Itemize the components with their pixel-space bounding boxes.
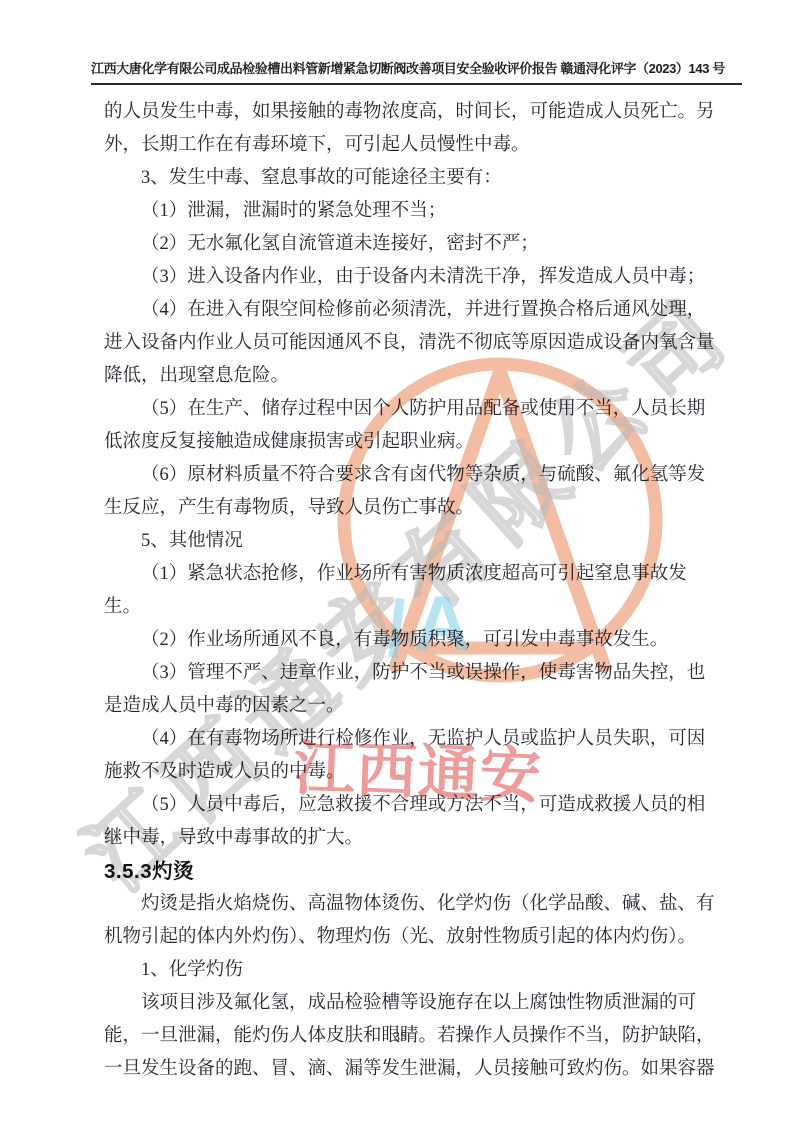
- paragraph: （4）在有毒物场所进行检修作业，无监护人员或监护人员失职，可因 施救不及时造成人…: [104, 723, 722, 789]
- paragraph: 1、化学灼伤: [104, 954, 722, 987]
- body-text: 的人员发生中毒，如果接触的毒物浓度高，时间长，可能造成人员死亡。另 外，长期工作…: [104, 96, 722, 1086]
- paragraph: （3）管理不严、违章作业，防护不当或误操作，使毒害物品失控，也 是造成人员中毒的…: [104, 657, 722, 723]
- page-number: 35: [0, 1029, 800, 1045]
- paragraph: 灼烫是指火焰烧伤、高温物体烫伤、化学灼伤（化学品酸、碱、盐、有 机物引起的体内外…: [104, 888, 722, 954]
- paragraph: （5）人员中毒后，应急救援不合理或方法不当，可造成救援人员的相 继中毒，导致中毒…: [104, 789, 722, 855]
- paragraph: （4）在进入有限空间检修前必须清洗，并进行置换合格后通风处理， 进入设备内作业人…: [104, 294, 722, 393]
- document-page: 江西大唐化学有限公司成品检验槽出料管新增紧急切断阀改善项目安全验收评价报告 赣通…: [0, 0, 800, 1131]
- paragraph: 5、其他情况: [104, 525, 722, 558]
- paragraph: （3）进入设备内作业，由于设备内未清洗干净，挥发造成人员中毒；: [104, 261, 722, 294]
- paragraph: （1）泄漏，泄漏时的紧急处理不当；: [104, 195, 722, 228]
- paragraph: 3、发生中毒、窒息事故的可能途径主要有：: [104, 162, 722, 195]
- page-header: 江西大唐化学有限公司成品检验槽出料管新增紧急切断阀改善项目安全验收评价报告 赣通…: [91, 58, 742, 85]
- paragraph: （5）在生产、储存过程中因个人防护用品配备或使用不当，人员长期 低浓度反复接触造…: [104, 393, 722, 459]
- paragraph: 的人员发生中毒，如果接触的毒物浓度高，时间长，可能造成人员死亡。另 外，长期工作…: [104, 96, 722, 162]
- header-title: 江西大唐化学有限公司成品检验槽出料管新增紧急切断阀改善项目安全验收评价报告 赣通…: [91, 58, 742, 77]
- paragraph: （1）紧急状态抢修，作业场所有害物质浓度超高可引起窒息事故发生。: [104, 558, 722, 624]
- section-heading: 3.5.3灼烫: [104, 855, 722, 888]
- paragraph: （2）无水氟化氢自流管道未连接好，密封不严；: [104, 228, 722, 261]
- paragraph: （2）作业场所通风不良，有毒物质积聚，可引发中毒事故发生。: [104, 624, 722, 657]
- paragraph: （6）原材料质量不符合要求含有卤代物等杂质，与硫酸、氟化氢等发 生反应，产生有毒…: [104, 459, 722, 525]
